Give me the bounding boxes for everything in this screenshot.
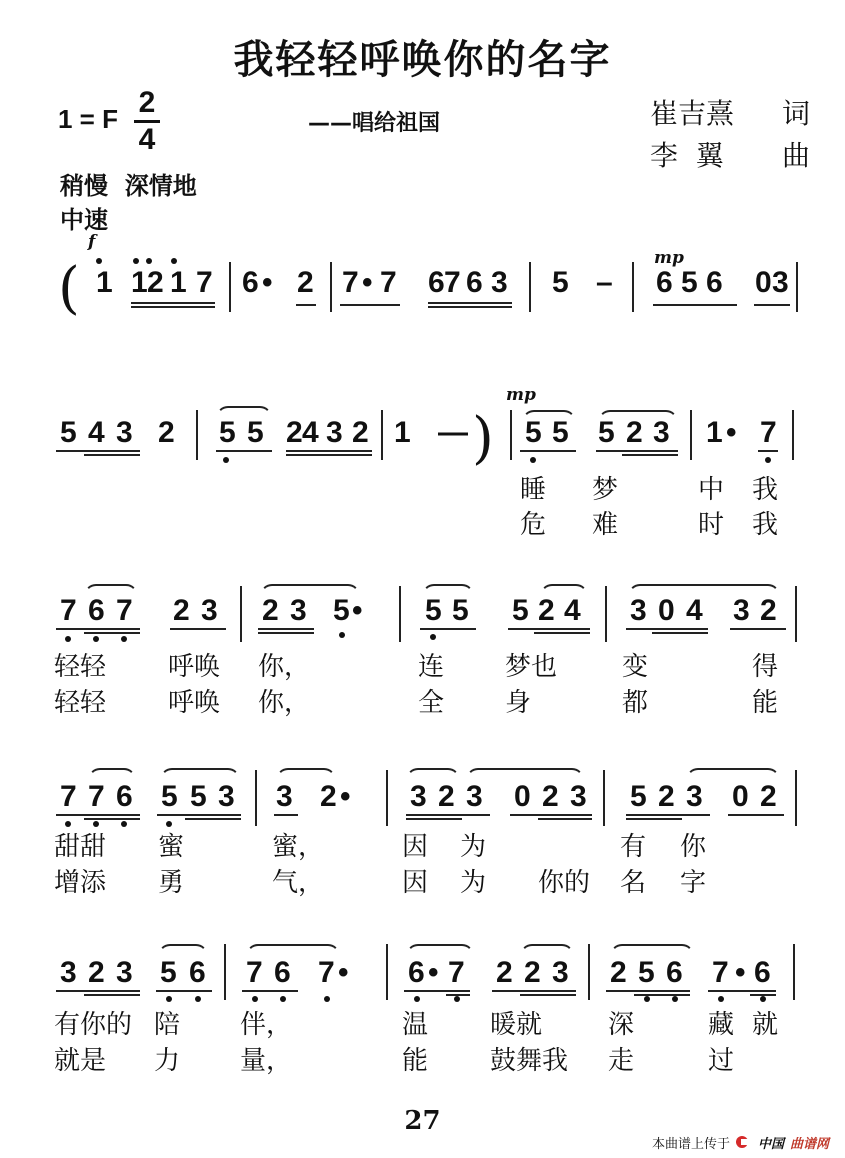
note: 5 [333,596,350,626]
underline [730,628,786,630]
note: 5 [525,418,542,448]
note: 2 [626,418,643,448]
time-numerator: 2 [134,88,160,118]
barline [605,586,607,642]
lyricist-role: 词 [782,92,810,132]
slur [406,768,460,780]
dot-note: • [735,958,746,988]
lyric: 呼唤 [168,652,220,682]
barline [603,770,605,826]
lyric: 你的 [538,868,590,898]
slur [88,768,136,780]
underline [131,302,215,304]
note: 3 [686,782,703,812]
upload-credit[interactable]: 本曲谱上传于 中国曲谱网 [652,1133,829,1152]
underline [56,814,140,816]
barline [632,262,634,312]
slur [406,944,474,956]
note: 6 [428,268,445,298]
lyric: 陪 [154,1010,180,1040]
note: 6 [706,268,723,298]
lyric: 有 [620,832,646,862]
note: 6 [666,958,683,988]
subtitle: ——唱给祖国 [308,106,440,137]
barline [795,586,797,642]
octave-dot [171,258,177,264]
low-octave-dot [765,457,771,463]
barline [196,410,198,460]
note: 0 [658,596,675,626]
underline [56,990,140,992]
note: 5 [638,958,655,988]
lyric: 蜜 [158,832,184,862]
site-logo-icon [736,1136,752,1150]
page-number: 27 [0,1106,845,1136]
barline [529,262,531,312]
slur [610,944,694,956]
low-octave-dot [718,996,724,1002]
slur [686,768,780,780]
note: 3 [410,782,427,812]
low-octave-dot [339,632,345,638]
lyric: 轻轻 [54,652,106,682]
lyric: 增添 [54,868,106,898]
tempo-speed: 中速 [60,200,108,235]
low-octave-dot [414,996,420,1002]
underline [520,994,576,996]
low-octave-dot [93,636,99,642]
note: 1 [170,268,187,298]
note: 2 [320,782,337,812]
underline [286,454,372,456]
lyric: 中 [698,475,724,505]
note: 2 [297,268,314,298]
close-paren: ) [472,406,494,471]
note: 6 [656,268,673,298]
low-octave-dot [65,636,71,642]
note: 5 [247,418,264,448]
lyricist-name: 崔吉熹 [650,92,734,132]
note: 7 [444,268,461,298]
lyric: 字 [680,868,706,898]
note: 7 [318,958,335,988]
lyric: 轻轻 [54,688,106,718]
underline [728,814,784,816]
barline [793,944,795,1000]
lyric: 勇 [158,868,184,898]
dash: — [438,418,468,448]
lyric: 身 [505,688,531,718]
underline [758,450,778,452]
dot-note: • [726,418,737,448]
barline [792,410,794,460]
underline [596,450,678,452]
low-octave-dot [195,996,201,1002]
note: 2 [658,782,675,812]
key-signature: 1 = F [58,104,118,135]
note: 5 [190,782,207,812]
barline [386,770,388,826]
note: 2 [173,596,190,626]
note: 6 [242,268,259,298]
note: 3 [466,782,483,812]
underline [754,304,790,306]
note: 3 [326,418,343,448]
note: 2 [352,418,369,448]
lyric: 伴， [240,1010,292,1040]
slur [466,768,584,780]
note: 3 [116,958,133,988]
lyric: 走 [608,1046,634,1076]
note: 3 [201,596,218,626]
note: 6 [116,782,133,812]
site-name-b: 曲谱网 [790,1133,829,1152]
note: 3 [733,596,750,626]
note: 3 [653,418,670,448]
note: 2 [542,782,559,812]
note: 1 [96,268,113,298]
note: 5 [552,268,569,298]
note: 5 [552,418,569,448]
lyric: 呼唤 [168,688,220,718]
underline [131,306,215,308]
note: 7 [60,782,77,812]
note: 5 [161,782,178,812]
octave-dot [146,258,152,264]
underline [157,814,241,816]
note: 7 [380,268,397,298]
lyric: 梦也 [505,652,557,682]
note: 3 [218,782,235,812]
note: 7 [448,958,465,988]
dynamic-mp: mp [506,385,536,405]
lyric: 能 [402,1046,428,1076]
dot-note: • [262,268,273,298]
lyric: 我 [752,475,778,505]
lyric: 都 [622,688,648,718]
note: 5 [681,268,698,298]
low-octave-dot [324,996,330,1002]
low-octave-dot [65,821,71,827]
barline [240,586,242,642]
low-octave-dot [672,996,678,1002]
lyric: 你， [258,652,310,682]
time-signature: 2 4 [134,88,160,155]
underline [406,818,462,820]
barline [224,944,226,1000]
lyric: 你， [258,688,310,718]
lyric: 力 [154,1046,180,1076]
low-octave-dot [530,457,536,463]
slur [246,944,340,956]
low-octave-dot [454,996,460,1002]
barline [796,262,798,312]
tempo-expression: 稍慢 深情地 [60,166,197,201]
note: 4 [302,418,319,448]
composer-name: 李 翼 [650,134,724,174]
lyric: 量， [240,1046,292,1076]
note: 2 [610,958,627,988]
lyric: 我 [752,510,778,540]
note: 2 [438,782,455,812]
underline [296,304,316,306]
note: 2 [496,958,513,988]
underline [56,628,140,630]
upload-prefix: 本曲谱上传于 [652,1133,730,1152]
lyric: 气， [272,868,324,898]
note: 6 [408,958,425,988]
dot-note: • [340,782,351,812]
note: 7 [246,958,263,988]
lyric: 藏 [708,1010,734,1040]
note: 3 [552,958,569,988]
lyric: 你 [680,832,706,862]
note: 5 [630,782,647,812]
lyric: 名 [620,868,646,898]
note: 6 [754,958,771,988]
low-octave-dot [430,634,436,640]
underline [428,306,512,308]
underline [404,990,470,992]
note: 7 [196,268,213,298]
low-octave-dot [252,996,258,1002]
site-name-a: 中国 [758,1133,784,1152]
low-octave-dot [644,996,650,1002]
note: 6 [274,958,291,988]
barline [381,410,383,460]
lyric: 鼓舞我 [490,1046,568,1076]
lyric: 危 [520,510,546,540]
note: 2 [147,268,164,298]
barline [795,770,797,826]
time-denominator: 4 [134,125,160,155]
lyric: 温 [402,1010,428,1040]
lyric: 能 [752,688,778,718]
underline [626,818,682,820]
low-octave-dot [223,457,229,463]
underline [258,628,314,630]
note: 0 [755,268,772,298]
lyric: 为 [460,832,486,862]
note: 2 [538,596,555,626]
note: 3 [116,418,133,448]
lyric: 时 [698,510,724,540]
underline [428,302,512,304]
lyric: 难 [592,510,618,540]
dot-note: • [352,596,363,626]
lyric: 变 [622,652,648,682]
note: 2 [262,596,279,626]
octave-dot [96,258,102,264]
lyric: 为 [460,868,486,898]
dash: – [596,268,613,298]
note: 3 [290,596,307,626]
note: 2 [524,958,541,988]
note: 2 [158,418,175,448]
barline [255,770,257,826]
note: 3 [276,782,293,812]
underline [406,814,490,816]
note: 7 [342,268,359,298]
dot-note: • [338,958,349,988]
underline [242,990,298,992]
lyric: 因 [402,832,428,862]
underline [185,818,241,820]
note: 3 [772,268,789,298]
note: 2 [760,782,777,812]
underline [216,450,272,452]
note: 0 [732,782,749,812]
dynamic-mp: mp [654,248,684,268]
underline [708,990,776,992]
note: 7 [88,782,105,812]
lyric: 梦 [592,475,618,505]
underline [420,628,476,630]
barline [399,586,401,642]
barline [386,944,388,1000]
lyric: 就是 [54,1046,106,1076]
lyric: 甜甜 [54,832,106,862]
slur [520,944,574,956]
low-octave-dot [121,821,127,827]
note: 1 [131,268,148,298]
note: 6 [466,268,483,298]
note: 5 [425,596,442,626]
slur [276,768,336,780]
underline [622,454,678,456]
lyric: 连 [418,652,444,682]
underline [84,994,140,996]
underline [170,628,226,630]
low-octave-dot [280,996,286,1002]
note: 2 [286,418,303,448]
note: 7 [116,596,133,626]
note: 7 [712,958,729,988]
lyric: 过 [708,1046,734,1076]
note: 5 [60,418,77,448]
note: 4 [686,596,703,626]
barline [588,944,590,1000]
underline [492,990,576,992]
barline [229,262,231,312]
barline [330,262,332,312]
underline [634,994,690,996]
note: 1 [394,418,411,448]
lyric: 深 [608,1010,634,1040]
note: 4 [564,596,581,626]
underline [520,450,576,452]
underline [156,990,212,992]
low-octave-dot [93,821,99,827]
underline [538,818,592,820]
note: 1 [706,418,723,448]
note: 3 [491,268,508,298]
slur [628,584,780,596]
octave-dot [133,258,139,264]
underline [508,628,590,630]
underline [606,990,690,992]
dynamic-forte: f [88,232,95,252]
lyric: 睡 [520,475,546,505]
underline [652,632,708,634]
underline [653,304,737,306]
note: 4 [88,418,105,448]
low-octave-dot [121,636,127,642]
underline [534,632,590,634]
lyric: 就 [752,1010,778,1040]
low-octave-dot [166,996,172,1002]
underline [626,814,710,816]
barline [510,410,512,460]
underline [84,818,140,820]
dot-note: • [362,268,373,298]
note: 7 [60,596,77,626]
underline [626,628,708,630]
note: 5 [160,958,177,988]
note: 6 [189,958,206,988]
note: 5 [512,596,529,626]
note: 6 [88,596,105,626]
open-paren: ( [58,256,80,321]
lyric: 暖就 [490,1010,542,1040]
lyric: 得 [752,652,778,682]
note: 5 [219,418,236,448]
low-octave-dot [760,996,766,1002]
underline [274,814,298,816]
lyric: 有你的 [54,1010,132,1040]
note: 3 [630,596,647,626]
note: 5 [452,596,469,626]
underline [56,450,140,452]
lyric: 因 [402,868,428,898]
note: 7 [760,418,777,448]
composer-role: 曲 [782,134,810,174]
note: 0 [514,782,531,812]
lyric: 全 [418,688,444,718]
underline [258,632,314,634]
underline [286,450,372,452]
song-title: 我轻轻呼唤你的名字 [0,28,845,85]
dot-note: • [428,958,439,988]
underline [84,632,140,634]
note: 5 [598,418,615,448]
underline [340,304,400,306]
slur [158,944,208,956]
lyric: 蜜， [272,832,324,862]
barline [690,410,692,460]
note: 3 [60,958,77,988]
low-octave-dot [166,821,172,827]
slur [160,768,240,780]
note: 2 [88,958,105,988]
underline [84,454,140,456]
note: 3 [570,782,587,812]
underline [510,814,592,816]
note: 2 [760,596,777,626]
